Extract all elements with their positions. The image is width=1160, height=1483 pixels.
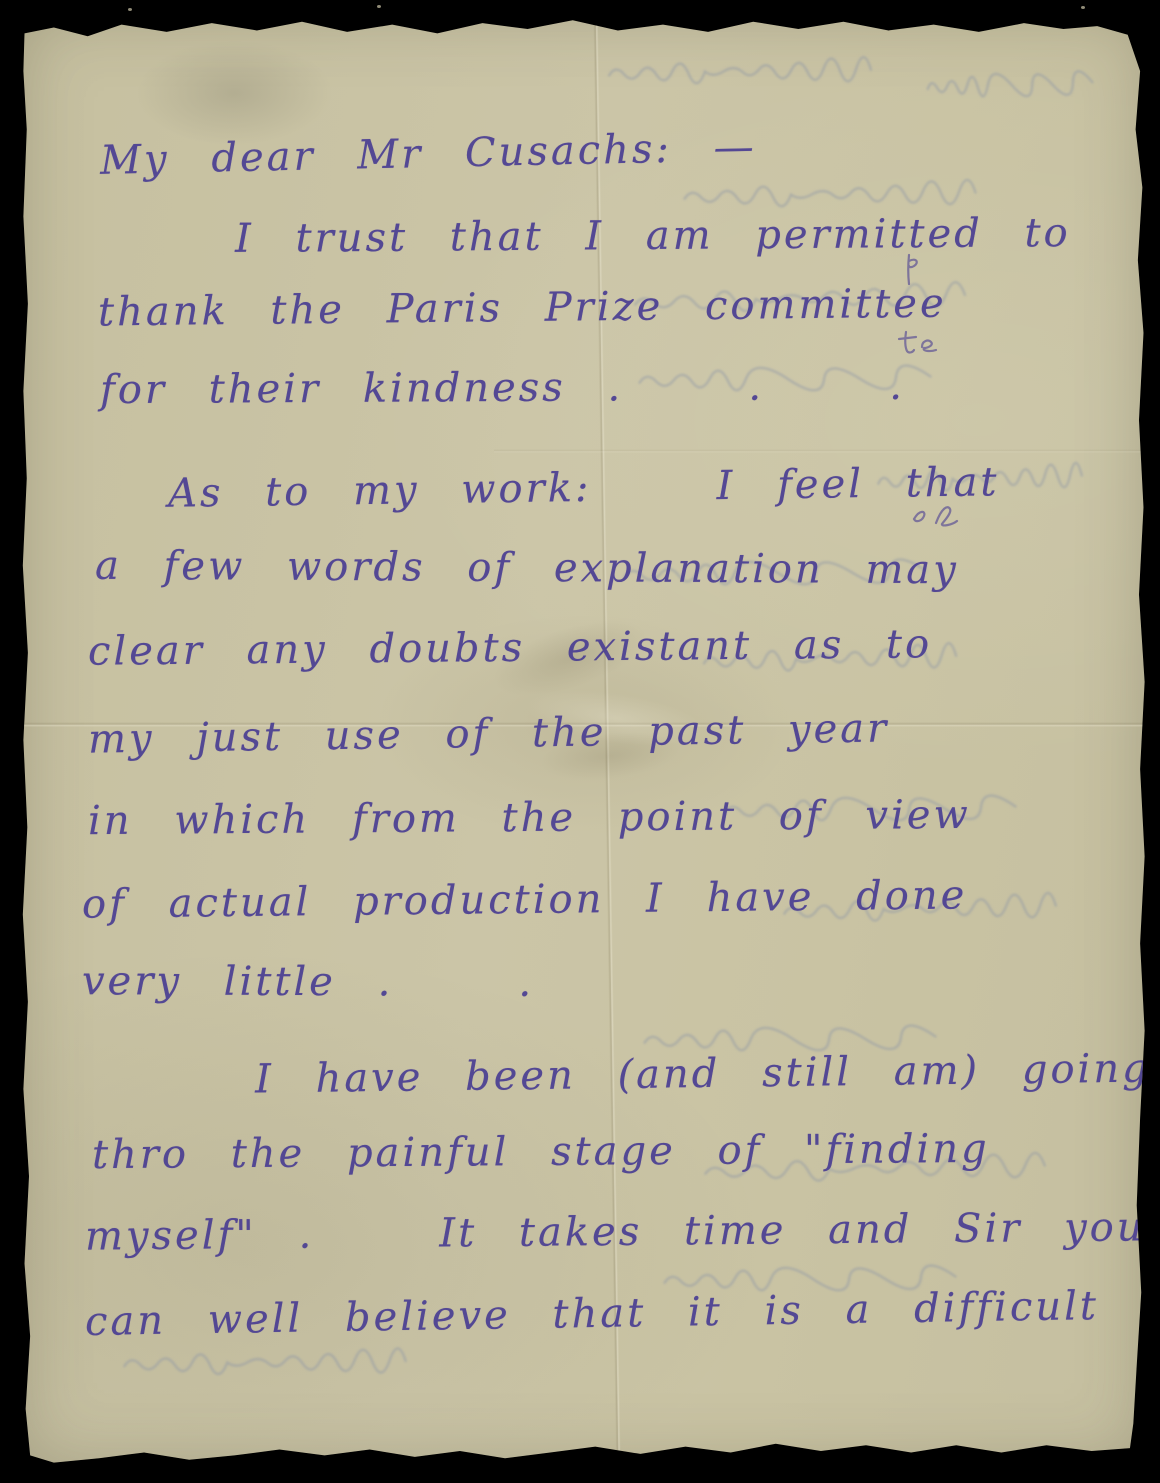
letter-line: clear any doubts existant as to <box>88 621 932 674</box>
letter-line: a few words of explanation may <box>95 543 959 594</box>
letter-line: I have been (and still am) going <box>255 1046 1151 1103</box>
bleed-through-writing <box>925 68 1096 100</box>
letter-salutation: My dear Mr Cusachs: — <box>100 124 757 184</box>
letter-paper: My dear Mr Cusachs: — I trust that I am … <box>20 13 1148 1467</box>
bleed-through-writing <box>120 1347 410 1377</box>
fold-crease-faint <box>494 449 1148 453</box>
dust-speck <box>377 5 381 8</box>
letter-line: As to my work: I feel that <box>168 459 1000 517</box>
dust-speck <box>128 8 132 11</box>
letter-line: myself" . It takes time and Sir you <box>85 1204 1146 1259</box>
letter-line: very little . . <box>82 958 534 1006</box>
dust-speck <box>1081 6 1085 9</box>
ink-offset-mark <box>896 329 940 357</box>
letter-line: can well believe that it is a difficult <box>85 1283 1100 1345</box>
bleed-through-writing <box>680 178 980 209</box>
photo-background: My dear Mr Cusachs: — I trust that I am … <box>0 0 1160 1483</box>
letter-line: thank the Paris Prize committee <box>98 281 947 336</box>
bleed-through-writing <box>605 56 875 87</box>
letter-line: thro the painful stage of "finding <box>92 1126 990 1178</box>
letter-line: for their kindness . . . <box>100 363 905 413</box>
letter-line: of actual production I have done <box>82 872 968 927</box>
letter-line: I trust that I am permitted to <box>235 210 1071 262</box>
letter-line: in which from the point of view <box>88 792 971 844</box>
letter-line: my just use of the past year <box>88 705 890 762</box>
